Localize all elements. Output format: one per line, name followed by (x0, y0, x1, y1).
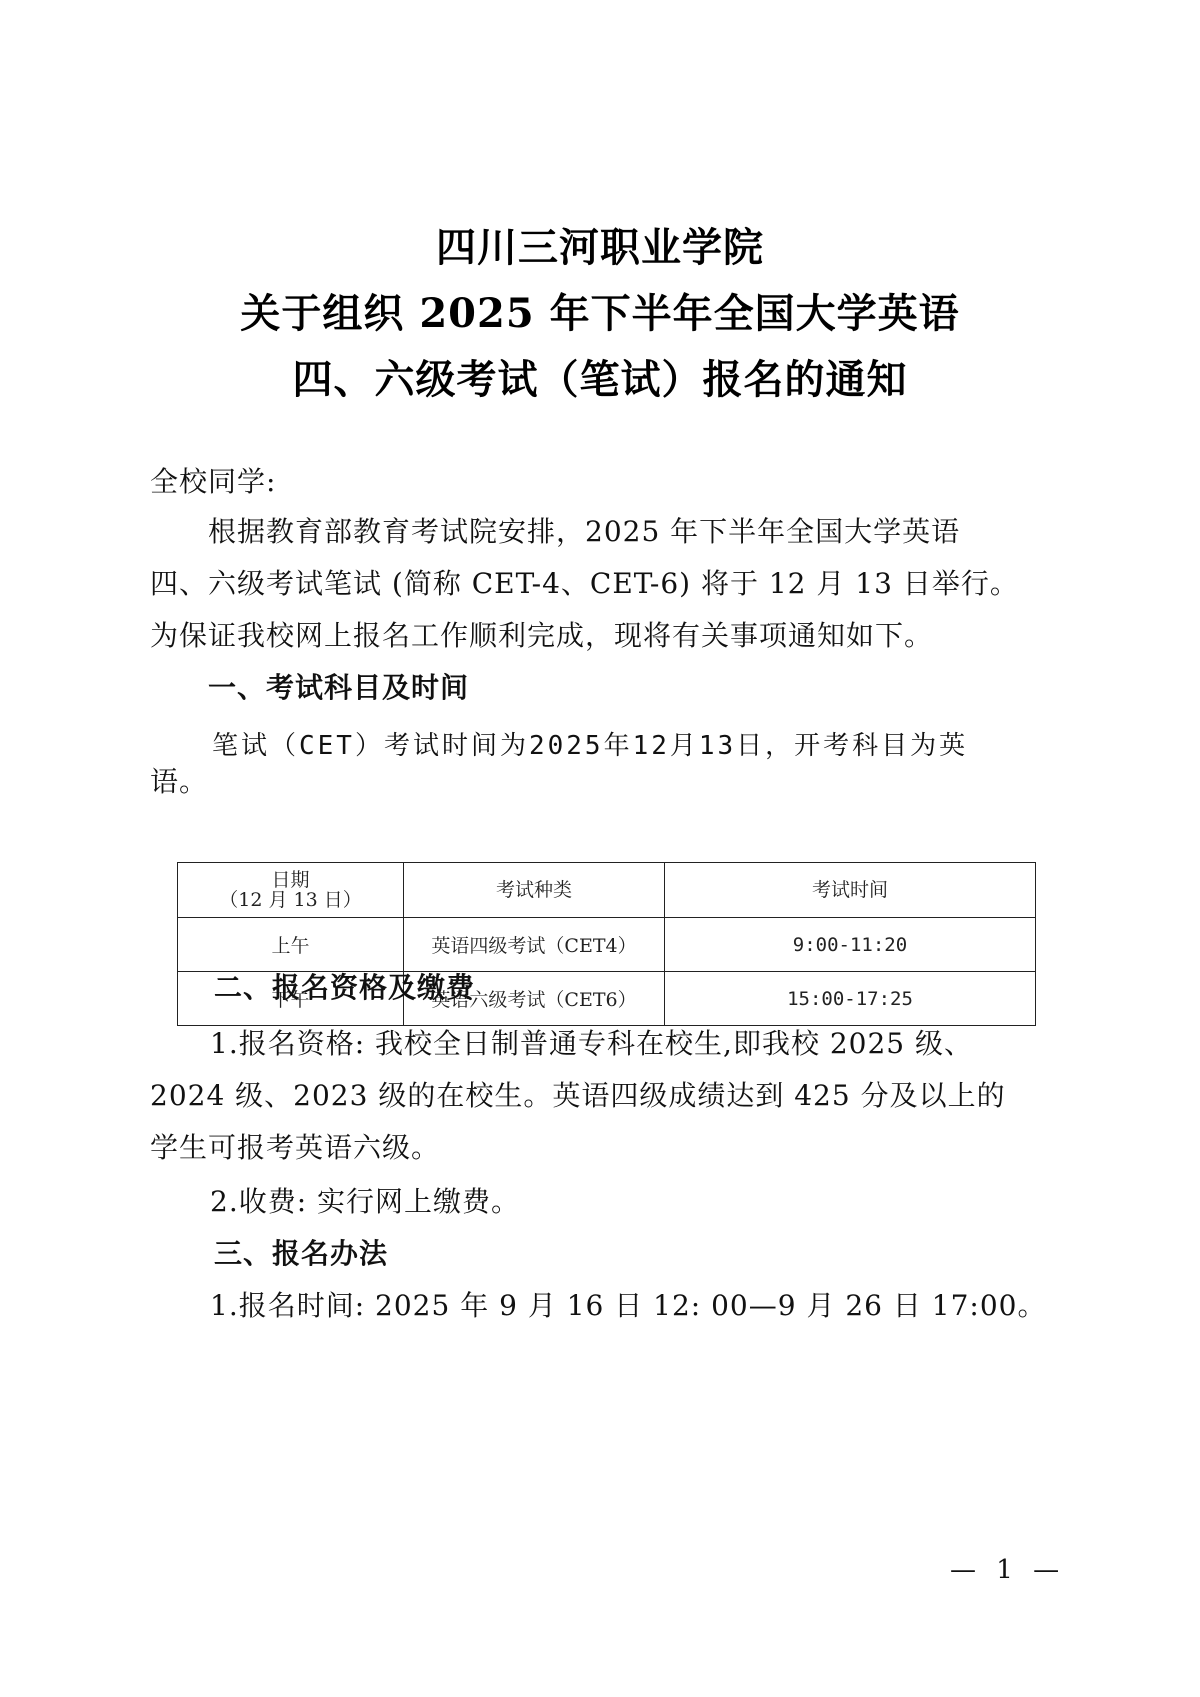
table-row: 上午 英语四级考试（CET4） 9:00-11:20 (178, 918, 1036, 972)
header-exam-time: 考试时间 (665, 863, 1036, 918)
header-exam-type: 考试种类 (404, 863, 665, 918)
section-2-item-2: 2.收费: 实行网上缴费。 (210, 1176, 1110, 1228)
section-2-item-1-line-3: 学生可报考英语六级。 (150, 1122, 1050, 1174)
header-date-value: （12 月 13 日） (178, 890, 403, 910)
header-date: 日期 （12 月 13 日） (178, 863, 404, 918)
section-3-heading: 三、报名办法 (214, 1232, 388, 1272)
section-2-item-1-line-2: 2024 级、2023 级的在校生。英语四级成绩达到 425 分及以上的 (150, 1070, 1050, 1122)
intro-line-3: 为保证我校网上报名工作顺利完成，现将有关事项通知如下。 (150, 610, 1050, 662)
section-2-heading: 二、报名资格及缴费 (214, 966, 475, 1006)
header-date-label: 日期 (178, 870, 403, 890)
section-2-item-1-line-1: 1.报名资格: 我校全日制普通专科在校生,即我校 2025 级、 (210, 1018, 1110, 1070)
title-line-2: 关于组织 2025 年下半年全国大学英语 (0, 282, 1200, 339)
cell-type: 英语四级考试（CET4） (404, 918, 665, 972)
table-header-row: 日期 （12 月 13 日） 考试种类 考试时间 (178, 863, 1036, 918)
section-3-item-1: 1.报名时间: 2025 年 9 月 16 日 12: 00—9 月 26 日 … (210, 1280, 1110, 1332)
page-number: — 1 — (950, 1555, 1065, 1585)
cell-time: 9:00-11:20 (665, 918, 1036, 972)
intro-line-2: 四、六级考试笔试 (简称 CET-4、CET-6) 将于 12 月 13 日举行… (150, 558, 1050, 610)
section-1-text-line-2: 语。 (150, 756, 1050, 808)
section-1-heading: 一、考试科目及时间 (208, 666, 469, 706)
intro-line-1: 根据教育部教育考试院安排，2025 年下半年全国大学英语 (208, 506, 1108, 558)
title-line-3: 四、六级考试（笔试）报名的通知 (0, 348, 1200, 405)
salutation: 全校同学: (150, 456, 1050, 508)
cell-period: 上午 (178, 918, 404, 972)
title-line-1: 四川三河职业学院 (0, 216, 1200, 273)
